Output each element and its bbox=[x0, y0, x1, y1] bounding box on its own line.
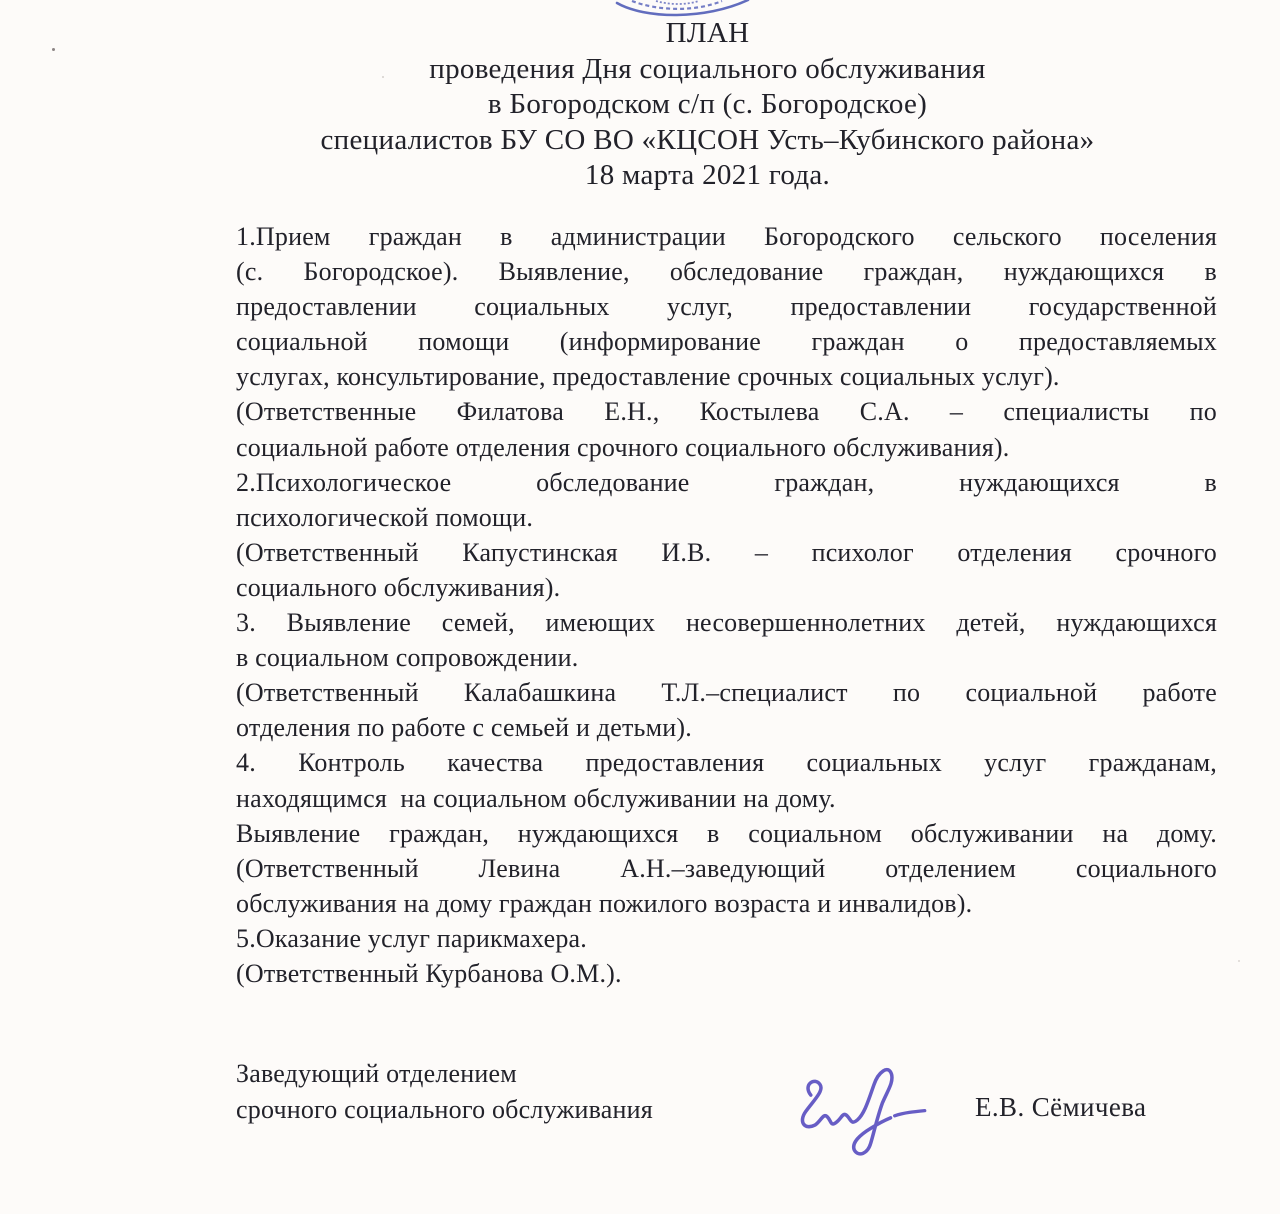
body-line: 2.Психологическое обследование граждан, … bbox=[236, 465, 1217, 500]
body-line: 1.Прием граждан в администрации Богородс… bbox=[236, 219, 1217, 254]
body-line: 3. Выявление семей, имеющих несовершенно… bbox=[236, 605, 1217, 640]
title-subtitle-line: проведения Дня социального обслуживания bbox=[195, 52, 1220, 88]
document-title-block: ПЛАН проведения Дня социального обслужив… bbox=[195, 16, 1220, 194]
body-line: предоставлении социальных услуг, предост… bbox=[236, 289, 1217, 324]
body-line: 5.Оказание услуг парикмахера. bbox=[236, 921, 1217, 956]
body-line: отделения по работе с семьей и детьми). bbox=[236, 710, 1217, 745]
title-location-line: в Богородском с/п (с. Богородское) bbox=[195, 87, 1220, 123]
body-line: (с. Богородское). Выявление, обследовани… bbox=[236, 254, 1217, 289]
body-line: услугах, консультирование, предоставлени… bbox=[236, 359, 1217, 394]
document-body: 1.Прием граждан в администрации Богородс… bbox=[236, 219, 1217, 991]
body-line: находящимся на социальном обслуживании н… bbox=[236, 781, 1217, 816]
body-line: социального обслуживания). bbox=[236, 570, 1217, 605]
body-line: (Ответственный Капустинская И.В. – психо… bbox=[236, 535, 1217, 570]
body-line: обслуживания на дому граждан пожилого во… bbox=[236, 886, 1217, 921]
handwritten-signature bbox=[788, 1055, 933, 1160]
body-line: в социальном сопровождении. bbox=[236, 640, 1217, 675]
scan-speck bbox=[382, 76, 384, 78]
body-line: (Ответственный Калабашкина Т.Л.–специали… bbox=[236, 675, 1217, 710]
signer-name: Е.В. Сёмичева bbox=[975, 1092, 1146, 1123]
scanned-document-page: ПЛАН проведения Дня социального обслужив… bbox=[0, 0, 1280, 1214]
body-line: Выявление граждан, нуждающихся в социаль… bbox=[236, 816, 1217, 851]
body-line: психологической помощи. bbox=[236, 500, 1217, 535]
body-line: (Ответственный Курбанова О.М.). bbox=[236, 956, 1217, 991]
document-title: ПЛАН bbox=[195, 16, 1220, 52]
title-organization-line: специалистов БУ СО ВО «КЦСОН Усть–Кубинс… bbox=[195, 123, 1220, 159]
title-date-line: 18 марта 2021 года. bbox=[195, 158, 1220, 194]
scan-speck bbox=[1238, 960, 1240, 962]
body-line: (Ответственный Левина А.Н.–заведующий от… bbox=[236, 851, 1217, 886]
signer-role-line: Заведующий отделением bbox=[236, 1056, 796, 1092]
scan-speck bbox=[52, 48, 55, 51]
body-line: 4. Контроль качества предоставления соци… bbox=[236, 745, 1217, 780]
body-line: (Ответственные Филатова Е.Н., Костылева … bbox=[236, 394, 1217, 429]
signer-role-block: Заведующий отделением срочного социально… bbox=[236, 1056, 796, 1127]
body-line: социальной помощи (информирование гражда… bbox=[236, 324, 1217, 359]
body-line: социальной работе отделения срочного соц… bbox=[236, 430, 1217, 465]
signer-role-line: срочного социального обслуживания bbox=[236, 1092, 796, 1128]
